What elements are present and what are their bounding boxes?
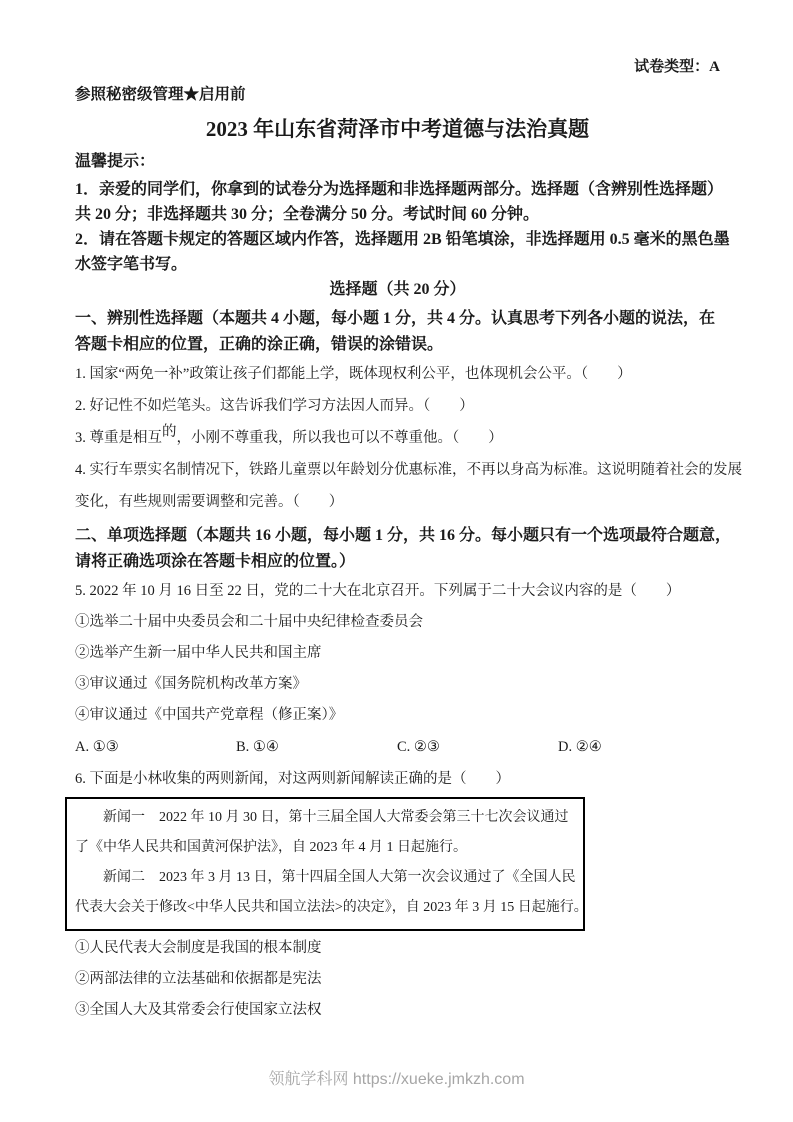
confidential-notice: 参照秘密级管理★启用前 xyxy=(75,86,720,104)
choice-d: D. ②④ xyxy=(558,731,602,763)
choice-a: A. ①③ xyxy=(75,731,236,763)
question-6-statement-1: ①人民代表大会制度是我国的根本制度 xyxy=(75,933,720,964)
question-6-statements: ①人民代表大会制度是我国的根本制度 ②两部法律的立法基础和依据都是宪法 ③全国人… xyxy=(75,933,720,1026)
tips-item-1-line-2: 共 20 分；非选择题共 30 分；全卷满分 50 分。考试时间 60 分钟。 xyxy=(75,202,720,227)
question-5-item-2: ②选举产生新一届中华人民共和国主席 xyxy=(75,638,720,669)
question-3: 3. 尊重是相互的，小刚不尊重我，所以我也可以不尊重他。（ ） xyxy=(75,422,720,454)
tips-item-2-line-1: 2．请在答题卡规定的答题区域内作答，选择题用 2B 铅笔填涂，非选择题用 0.5… xyxy=(75,227,720,252)
section-1-heading-line-2: 答题卡相应的位置，正确的涂正确，错误的涂错误。 xyxy=(75,332,720,358)
question-2: 2. 好记性不如烂笔头。这告诉我们学习方法因人而异。（ ） xyxy=(75,390,720,422)
tips-item-2-line-2: 水签字笔书写。 xyxy=(75,252,720,277)
section-2-heading-line-1: 二、单项选择题（本题共 16 小题，每小题 1 分，共 16 分。每小题只有一个… xyxy=(75,523,720,549)
choice-section-title: 选择题（共 20 分） xyxy=(75,279,720,301)
exam-paper-page: 试卷类型：A 参照秘密级管理★启用前 2023 年山东省菏泽市中考道德与法治真题… xyxy=(0,0,793,1122)
tips-item-1-line-1: 1．亲爱的同学们，你拿到的试卷分为选择题和非选择题两部分。选择题（含辨别性选择题… xyxy=(75,177,720,202)
question-1: 1. 国家“两免一补”政策让孩子们都能上学，既体现权利公平，也体现机会公平。（ … xyxy=(75,358,720,390)
question-5-item-1: ①选举二十届中央委员会和二十届中央纪律检查委员会 xyxy=(75,607,720,638)
question-6-statement-2: ②两部法律的立法基础和依据都是宪法 xyxy=(75,964,720,995)
question-5-items: ①选举二十届中央委员会和二十届中央纪律检查委员会 ②选举产生新一届中华人民共和国… xyxy=(75,607,720,731)
news-box: 新闻一 2022 年 10 月 30 日，第十三届全国人大常委会第三十七次会议通… xyxy=(65,797,585,931)
choice-c: C. ②③ xyxy=(397,731,558,763)
question-4-line-2: 变化，有些规则需要调整和完善。（ ） xyxy=(75,486,720,518)
question-6-statement-3: ③全国人大及其常委会行使国家立法权 xyxy=(75,995,720,1026)
question-3-superscript: 的 xyxy=(162,424,177,440)
question-3-text-pre: 3. 尊重是相互 xyxy=(75,430,162,446)
news-2-line-2: 代表大会关于修改<中华人民共和国立法法>的决定》，自 2023 年 3 月 15… xyxy=(75,893,575,923)
question-3-text-post: ，小刚不尊重我，所以我也可以不尊重他。（ ） xyxy=(177,430,503,446)
news-2-line-1: 新闻二 2023 年 3 月 13 日，第十四届全国人大第一次会议通过了《全国人… xyxy=(75,863,575,893)
question-4: 4. 实行车票实名制情况下，铁路儿童票以年龄划分优惠标准，不再以身高为标准。这说… xyxy=(75,454,720,518)
question-5-item-3: ③审议通过《国务院机构改革方案》 xyxy=(75,669,720,700)
section-2-heading: 二、单项选择题（本题共 16 小题，每小题 1 分，共 16 分。每小题只有一个… xyxy=(75,523,720,575)
question-5-stem: 5. 2022 年 10 月 16 日至 22 日，党的二十大在北京召开。下列属… xyxy=(75,575,720,607)
paper-type-label: 试卷类型：A xyxy=(75,58,720,76)
watermark-site-link: 领航学科网 https://xueke.jmkzh.com xyxy=(0,1066,793,1089)
section-2-heading-line-2: 请将正确选项涂在答题卡相应的位置。） xyxy=(75,549,720,575)
question-4-line-1: 4. 实行车票实名制情况下，铁路儿童票以年龄划分优惠标准，不再以身高为标准。这说… xyxy=(75,454,720,486)
question-6-stem: 6. 下面是小林收集的两则新闻，对这两则新闻解读正确的是（ ） xyxy=(75,763,720,795)
tips-item-2: 2．请在答题卡规定的答题区域内作答，选择题用 2B 铅笔填涂，非选择题用 0.5… xyxy=(75,227,720,277)
section-1-heading-line-1: 一、辨别性选择题（本题共 4 小题，每小题 1 分，共 4 分。认真思考下列各小… xyxy=(75,306,720,332)
section-1-heading: 一、辨别性选择题（本题共 4 小题，每小题 1 分，共 4 分。认真思考下列各小… xyxy=(75,306,720,358)
choice-b: B. ①④ xyxy=(236,731,397,763)
question-5-item-4: ④审议通过《中国共产党章程（修正案）》 xyxy=(75,700,720,731)
news-1-line-2: 了《中华人民共和国黄河保护法》，自 2023 年 4 月 1 日起施行。 xyxy=(75,833,575,863)
news-1-line-1: 新闻一 2022 年 10 月 30 日，第十三届全国人大常委会第三十七次会议通… xyxy=(75,803,575,833)
page-title: 2023 年山东省菏泽市中考道德与法治真题 xyxy=(75,116,720,142)
tips-heading: 温馨提示： xyxy=(75,153,720,171)
tips-item-1: 1．亲爱的同学们，你拿到的试卷分为选择题和非选择题两部分。选择题（含辨别性选择题… xyxy=(75,177,720,227)
question-5-choices: A. ①③ B. ①④ C. ②③ D. ②④ xyxy=(75,731,720,763)
